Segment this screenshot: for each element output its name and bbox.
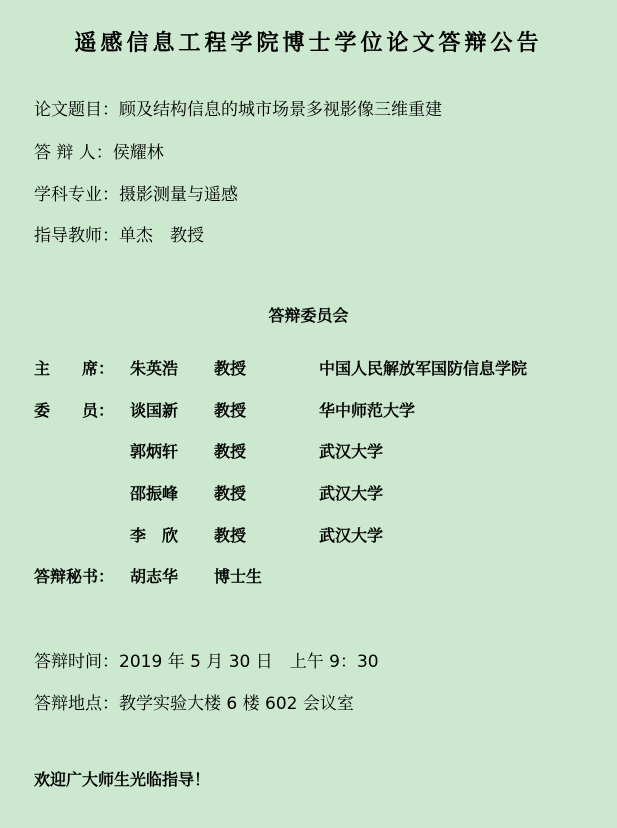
defense-place: 答辩地点：教学实验大楼 6 楼 602 会议室 (34, 689, 354, 714)
member-name: 胡志华 (130, 564, 178, 587)
role-label: 主 席： (34, 356, 126, 379)
member-title: 教授 (214, 523, 246, 546)
member-title: 教授 (214, 398, 246, 421)
welcome-message: 欢迎广大师生光临指导！ (34, 767, 210, 790)
member-name: 邵振峰 (130, 481, 178, 504)
role-label: 答辩秘书： (34, 564, 126, 587)
member-name: 朱英浩 (130, 356, 178, 379)
member-title: 教授 (214, 439, 246, 462)
committee-row-member: 李 欣 教授 武汉大学 (0, 523, 617, 547)
advisor: 指导教师：单杰 教授 (34, 221, 204, 246)
major: 学科专业：摄影测量与遥感 (34, 180, 238, 205)
member-title: 博士生 (214, 564, 262, 587)
committee-row-member: 邵振峰 教授 武汉大学 (0, 481, 617, 505)
member-name: 郭炳轩 (130, 439, 178, 462)
member-name: 谈国新 (130, 398, 178, 421)
member-title: 教授 (214, 481, 246, 504)
member-title: 教授 (214, 356, 246, 379)
defender: 答 辩 人：侯耀林 (34, 138, 164, 163)
thesis-title: 论文题目：顾及结构信息的城市场景多视影像三维重建 (34, 95, 442, 120)
committee-heading: 答辩委员会 (0, 303, 617, 326)
committee-row-chair: 主 席： 朱英浩 教授 中国人民解放军国防信息学院 (0, 356, 617, 380)
role-label: 委 员： (34, 398, 126, 421)
member-org: 武汉大学 (319, 439, 383, 462)
page-title: 遥感信息工程学院博士学位论文答辩公告 (0, 26, 617, 57)
defense-time: 答辩时间：2019 年 5 月 30 日 上午 9：30 (34, 647, 379, 672)
committee-row-member: 郭炳轩 教授 武汉大学 (0, 439, 617, 463)
committee-row-member: 委 员： 谈国新 教授 华中师范大学 (0, 398, 617, 422)
member-org: 华中师范大学 (319, 398, 415, 421)
member-org: 中国人民解放军国防信息学院 (319, 356, 527, 379)
committee-row-secretary: 答辩秘书： 胡志华 博士生 (0, 564, 617, 588)
member-org: 武汉大学 (319, 523, 383, 546)
member-org: 武汉大学 (319, 481, 383, 504)
member-name: 李 欣 (130, 523, 178, 546)
